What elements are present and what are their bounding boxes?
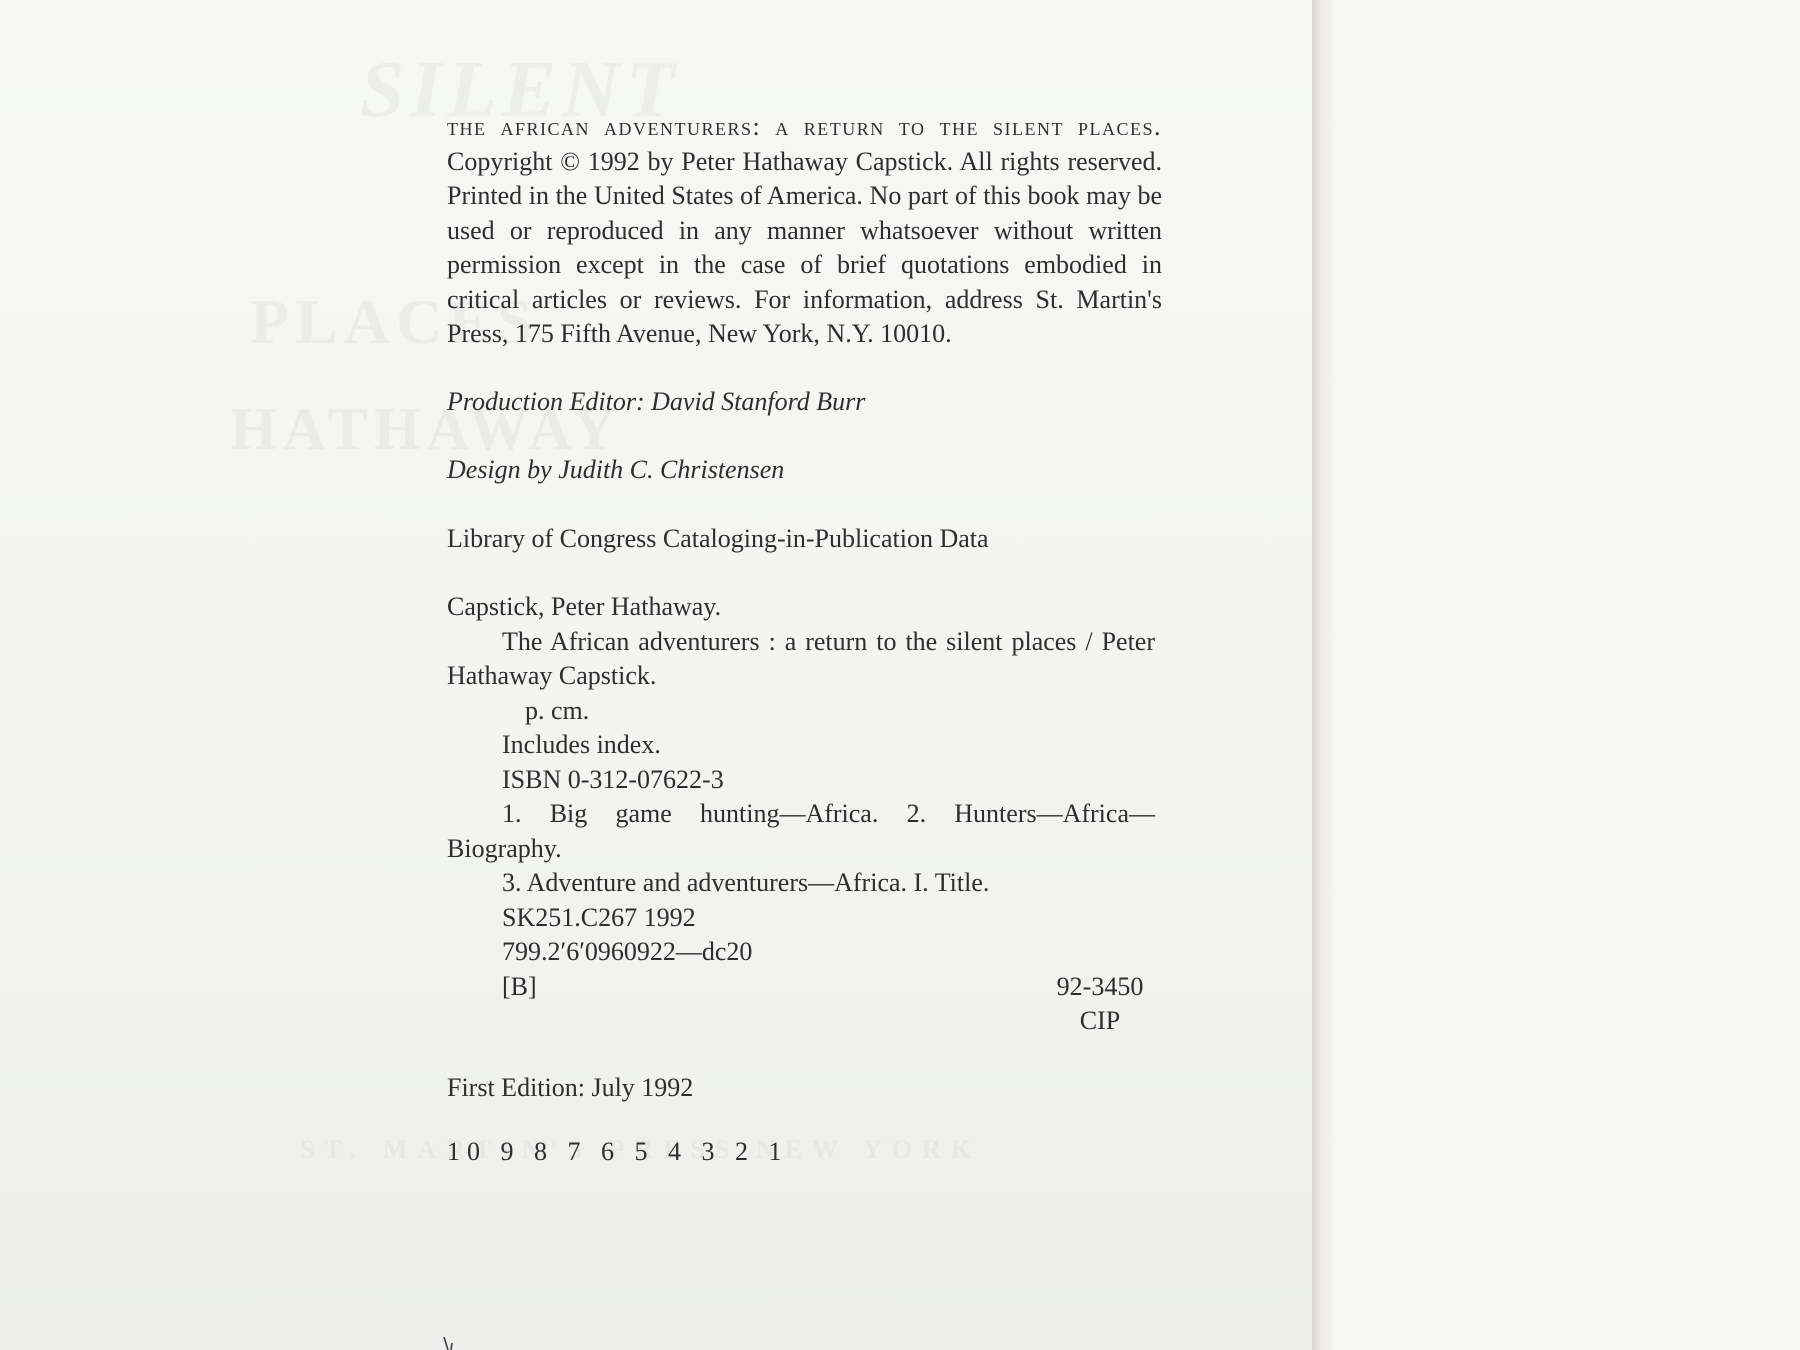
cip-physical: p. cm. <box>447 694 1155 729</box>
cip-author: Capstick, Peter Hathaway. <box>447 590 1155 625</box>
design-credit: Design by Judith C. Christensen <box>447 453 1162 488</box>
copyright-notice: The African Adventurers: A Return to the… <box>447 110 1162 352</box>
copyright-paragraph: Copyright © 1992 by Peter Hathaway Capst… <box>447 147 1162 349</box>
printing-line: 10 9 8 7 6 5 4 3 2 1 <box>447 1135 1162 1170</box>
cip-data-block: Capstick, Peter Hathaway. The African ad… <box>447 590 1155 1039</box>
cip-label: CIP <box>1045 1004 1155 1039</box>
cip-isbn: ISBN 0-312-07622-3 <box>447 763 1155 798</box>
cip-subjects-1: 1. Big game hunting—Africa. 2. Hunters—A… <box>447 797 1155 866</box>
cip-subjects-2: 3. Adventure and adventurers—Africa. I. … <box>447 866 1155 901</box>
cip-lc-class: SK251.C267 1992 <box>447 901 1155 936</box>
cip-heading: Library of Congress Cataloging-in-Public… <box>447 522 1162 557</box>
page-gutter <box>1312 0 1334 1350</box>
production-editor-credit: Production Editor: David Stanford Burr <box>447 385 1162 420</box>
right-page <box>1334 0 1800 1350</box>
cip-note: Includes index. <box>447 728 1155 763</box>
book-title-smallcaps: The African Adventurers: A Return to the… <box>447 112 1162 141</box>
copyright-page-content: The African Adventurers: A Return to the… <box>447 110 1162 1170</box>
edition-statement: First Edition: July 1992 <box>447 1071 1162 1106</box>
cip-lccn: 92-3450 <box>1045 970 1155 1005</box>
pen-mark-icon <box>441 1337 461 1350</box>
cip-dewey: 799.2′6′0960922—dc20 <box>447 935 1155 970</box>
cip-title-statement: The African adventurers : a return to th… <box>447 625 1155 694</box>
cip-binding-row: [B] 92-3450 <box>447 970 1155 1005</box>
cip-binding: [B] <box>502 970 537 1005</box>
